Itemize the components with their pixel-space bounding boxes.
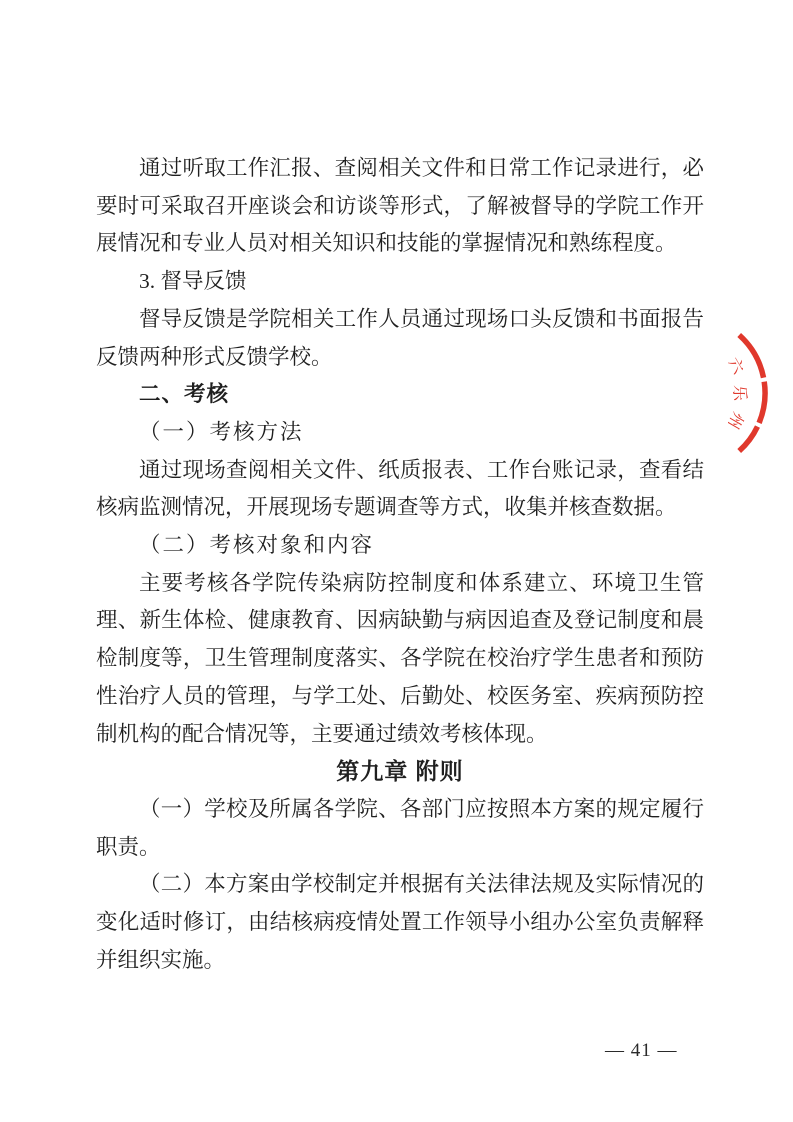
paragraph: （一）学校及所属各学院、各部门应按照本方案的规定履行职责。	[96, 791, 704, 866]
page-number: — 41 —	[605, 1040, 700, 1062]
seal-char: 六	[728, 354, 748, 378]
official-seal-fragment-icon: 六 乐 州	[728, 320, 793, 465]
sub-heading: （二）考核对象和内容	[96, 527, 704, 565]
document-page: 通过听取工作汇报、查阅相关文件和日常工作记录进行，必要时可采取召开座谈会和访谈等…	[0, 0, 793, 1122]
paragraph: （二）本方案由学校制定并根据有关法律法规及实际情况的变化适时修订，由结核病疫情处…	[96, 866, 704, 979]
paragraph: 通过现场查阅相关文件、纸质报表、工作台账记录，查看结核病监测情况，开展现场专题调…	[96, 452, 704, 527]
section-heading: 二、考核	[96, 376, 704, 414]
sub-heading: （一）考核方法	[96, 414, 704, 452]
chapter-heading: 第九章 附则	[96, 753, 704, 791]
paragraph: 主要考核各学院传染病防控制度和体系建立、环境卫生管理、新生体检、健康教育、因病缺…	[96, 565, 704, 754]
seal-char: 乐	[731, 385, 749, 402]
document-body: 通过听取工作汇报、查阅相关文件和日常工作记录进行，必要时可采取召开座谈会和访谈等…	[96, 150, 704, 979]
paragraph: 督导反馈是学院相关工作人员通过现场口头反馈和书面报告反馈两种形式反馈学校。	[96, 301, 704, 376]
numbered-heading: 3. 督导反馈	[96, 263, 704, 301]
seal-char: 州	[728, 409, 747, 432]
paragraph: 通过听取工作汇报、查阅相关文件和日常工作记录进行，必要时可采取召开座谈会和访谈等…	[96, 150, 704, 263]
